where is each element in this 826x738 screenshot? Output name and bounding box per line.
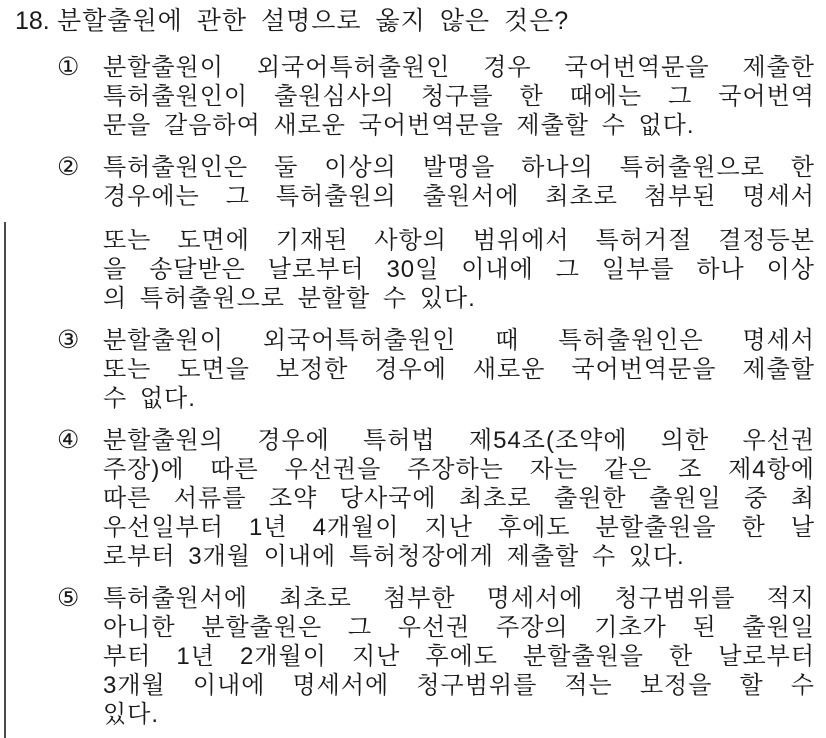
option-4: ④분할출원의 경우에 특허법 제54조(조약에 의한 우선권주장)에 따른 우선… bbox=[57, 426, 817, 571]
option-3: ③분할출원이 외국어특허출원인 때 특허출원인은 명세서또는 도면을 보정한 경… bbox=[57, 326, 817, 413]
option-4-segment-1: 분할출원의 경우에 특허법 제54조(조약에 의한 우선권주장)에 따른 우선권… bbox=[103, 426, 815, 571]
option-2-segment-2: 또는 도면에 기재된 사항의 범위에서 특허거절 결정등본을 송달받은 날로부터… bbox=[103, 226, 815, 313]
text-line: 부터 1년 2개월이 지난 후에도 분할출원을 한 날로부터 bbox=[103, 642, 815, 671]
text-line: 을 송달받은 날로부터 30일 이내에 그 일부를 하나 이상 bbox=[103, 255, 815, 284]
option-3-text: 분할출원이 외국어특허출원인 때 특허출원인은 명세서또는 도면을 보정한 경우… bbox=[103, 326, 815, 413]
text-line: 3개월 이내에 명세서에 청구범위를 적는 보정을 할 수 bbox=[103, 671, 815, 700]
text-line: 분할출원의 경우에 특허법 제54조(조약에 의한 우선권 bbox=[103, 426, 815, 455]
text-line: 로부터 3개월 이내에 특허청장에게 제출할 수 있다. bbox=[103, 542, 815, 571]
text-line: 문을 갈음하여 새로운 국어번역문을 제출할 수 없다. bbox=[103, 111, 815, 140]
text-line: 특허출원인은 둘 이상의 발명을 하나의 특허출원으로 한 bbox=[103, 153, 815, 182]
option-2: ②특허출원인은 둘 이상의 발명을 하나의 특허출원으로 한경우에는 그 특허출… bbox=[57, 153, 817, 313]
option-4-marker: ④ bbox=[57, 426, 103, 571]
option-4-text: 분할출원의 경우에 특허법 제54조(조약에 의한 우선권주장)에 따른 우선권… bbox=[103, 426, 815, 571]
text-line: 또는 도면을 보정한 경우에 새로운 국어번역문을 제출할 bbox=[103, 355, 815, 384]
page-edge-scan-line bbox=[4, 222, 6, 738]
text-line: 아니한 분할출원은 그 우선권 주장의 기초가 된 출원일 bbox=[103, 613, 815, 642]
text-line: 수 없다. bbox=[103, 384, 815, 413]
text-line: 주장)에 따른 우선권을 주장하는 자는 같은 조 제4항에 bbox=[103, 455, 815, 484]
question-number: 18. bbox=[15, 6, 57, 36]
text-line: 분할출원이 외국어특허출원인 때 특허출원인은 명세서 bbox=[103, 326, 815, 355]
option-5-marker: ⑤ bbox=[57, 584, 103, 729]
option-1-text: 분할출원이 외국어특허출원인 경우 국어번역문을 제출한특허출원인이 출원심사의… bbox=[103, 53, 815, 140]
option-3-marker: ③ bbox=[57, 326, 103, 413]
text-line: 특허출원인이 출원심사의 청구를 한 때에는 그 국어번역 bbox=[103, 82, 815, 111]
question-title: 분할출원에 관한 설명으로 옳지 않은 것은? bbox=[57, 6, 569, 36]
options: ①분할출원이 외국어특허출원인 경우 국어번역문을 제출한특허출원인이 출원심사… bbox=[57, 53, 817, 729]
option-1-marker: ① bbox=[57, 53, 103, 140]
option-2-text: 특허출원인은 둘 이상의 발명을 하나의 특허출원으로 한경우에는 그 특허출원… bbox=[103, 153, 815, 313]
question-title-row: 18. 분할출원에 관한 설명으로 옳지 않은 것은? bbox=[15, 6, 817, 36]
option-2-marker: ② bbox=[57, 153, 103, 313]
option-5: ⑤특허출원서에 최초로 첨부한 명세서에 청구범위를 적지아니한 분할출원은 그… bbox=[57, 584, 817, 729]
text-line: 특허출원서에 최초로 첨부한 명세서에 청구범위를 적지 bbox=[103, 584, 815, 613]
text-line: 또는 도면에 기재된 사항의 범위에서 특허거절 결정등본 bbox=[103, 226, 815, 255]
text-line: 경우에는 그 특허출원의 출원서에 최초로 첨부된 명세서 bbox=[103, 182, 815, 211]
option-5-segment-1: 특허출원서에 최초로 첨부한 명세서에 청구범위를 적지아니한 분할출원은 그 … bbox=[103, 584, 815, 729]
option-5-text: 특허출원서에 최초로 첨부한 명세서에 청구범위를 적지아니한 분할출원은 그 … bbox=[103, 584, 815, 729]
option-1-segment-1: 분할출원이 외국어특허출원인 경우 국어번역문을 제출한특허출원인이 출원심사의… bbox=[103, 53, 815, 140]
question-block: 18. 분할출원에 관한 설명으로 옳지 않은 것은? ①분할출원이 외국어특허… bbox=[15, 6, 817, 729]
option-2-segment-1: 특허출원인은 둘 이상의 발명을 하나의 특허출원으로 한경우에는 그 특허출원… bbox=[103, 153, 815, 211]
option-1: ①분할출원이 외국어특허출원인 경우 국어번역문을 제출한특허출원인이 출원심사… bbox=[57, 53, 817, 140]
text-line: 따른 서류를 조약 당사국에 최초로 출원한 출원일 중 최 bbox=[103, 484, 815, 513]
text-line: 의 특허출원으로 분할할 수 있다. bbox=[103, 284, 815, 313]
text-line: 있다. bbox=[103, 700, 815, 729]
text-line: 분할출원이 외국어특허출원인 경우 국어번역문을 제출한 bbox=[103, 53, 815, 82]
document-page: 18. 분할출원에 관한 설명으로 옳지 않은 것은? ①분할출원이 외국어특허… bbox=[0, 0, 826, 738]
text-line: 우선일부터 1년 4개월이 지난 후에도 분할출원을 한 날 bbox=[103, 513, 815, 542]
option-3-segment-1: 분할출원이 외국어특허출원인 때 특허출원인은 명세서또는 도면을 보정한 경우… bbox=[103, 326, 815, 413]
